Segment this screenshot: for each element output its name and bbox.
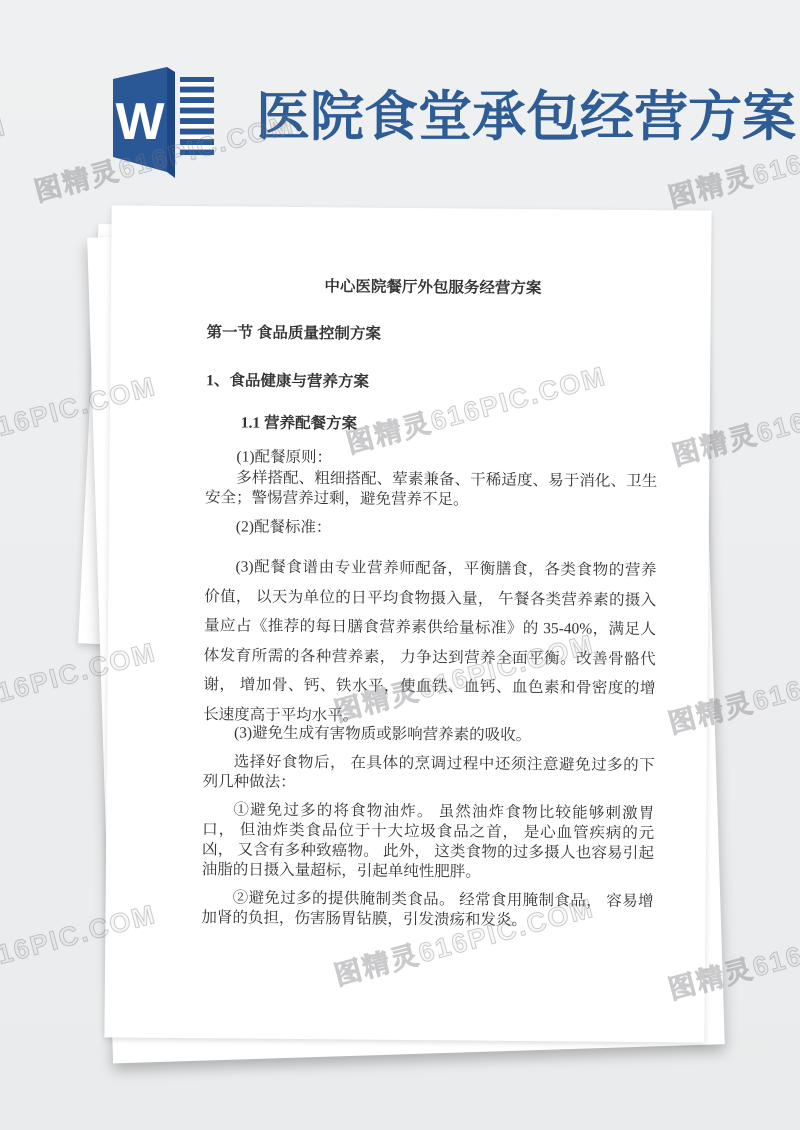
paragraph: 多样搭配、粗细搭配、荤素兼备、干稀适度、易于消化、卫生安全；警惕营养过剩，避免营… xyxy=(205,468,657,512)
watermark-text: 图精灵616PIC.COM xyxy=(0,104,10,211)
paragraph: (3)避免生成有害物质或影响营养素的吸收。 xyxy=(203,723,655,747)
word-icon-letter: W xyxy=(115,93,165,151)
section-heading-2: 1、食品健康与营养方案 xyxy=(206,373,658,393)
document-title: 中心医院餐厅外包服务经营方案 xyxy=(207,278,659,298)
paragraph: 选择好食物后， 在具体的烹调过程中还须注意避免过多的下列几种做法： xyxy=(203,752,655,796)
document-content: 中心医院餐厅外包服务经营方案 第一节 食品质量控制方案 1、食品健康与营养方案 … xyxy=(201,278,659,932)
paragraph: ②避免过多的提供腌制类食品。 经常食用腌制食品， 容易增加肾的负担，伤害肠胃钻膜… xyxy=(201,888,653,932)
page-title: 医院食堂承包经营方案 xyxy=(256,86,796,148)
paragraph: (1)配餐原则： xyxy=(205,447,657,471)
preview-canvas: 中心医院餐厅外包服务经营方案 第一节 食品质量控制方案 1、食品健康与营养方案 … xyxy=(0,0,800,1130)
section-heading-1: 第一节 食品质量控制方案 xyxy=(206,325,658,345)
paragraph: ①避免过多的将食物油炸。 虽然油炸食物比较能够刺激胃口， 但油炸类食品位于十大垃… xyxy=(202,800,655,884)
document-page: 中心医院餐厅外包服务经营方案 第一节 食品质量控制方案 1、食品健康与营养方案 … xyxy=(104,205,711,1042)
word-icon: W xyxy=(110,62,216,180)
word-icon-fold xyxy=(167,67,175,178)
section-heading-3: 1.1 营养配餐方案 xyxy=(206,415,658,435)
paragraph: (2)配餐标准： xyxy=(205,517,657,541)
paragraph: (3)配餐食谱由专业营养师配备，平衡膳食，各类食物的营养价值， 以天为单位的日平… xyxy=(203,552,657,733)
